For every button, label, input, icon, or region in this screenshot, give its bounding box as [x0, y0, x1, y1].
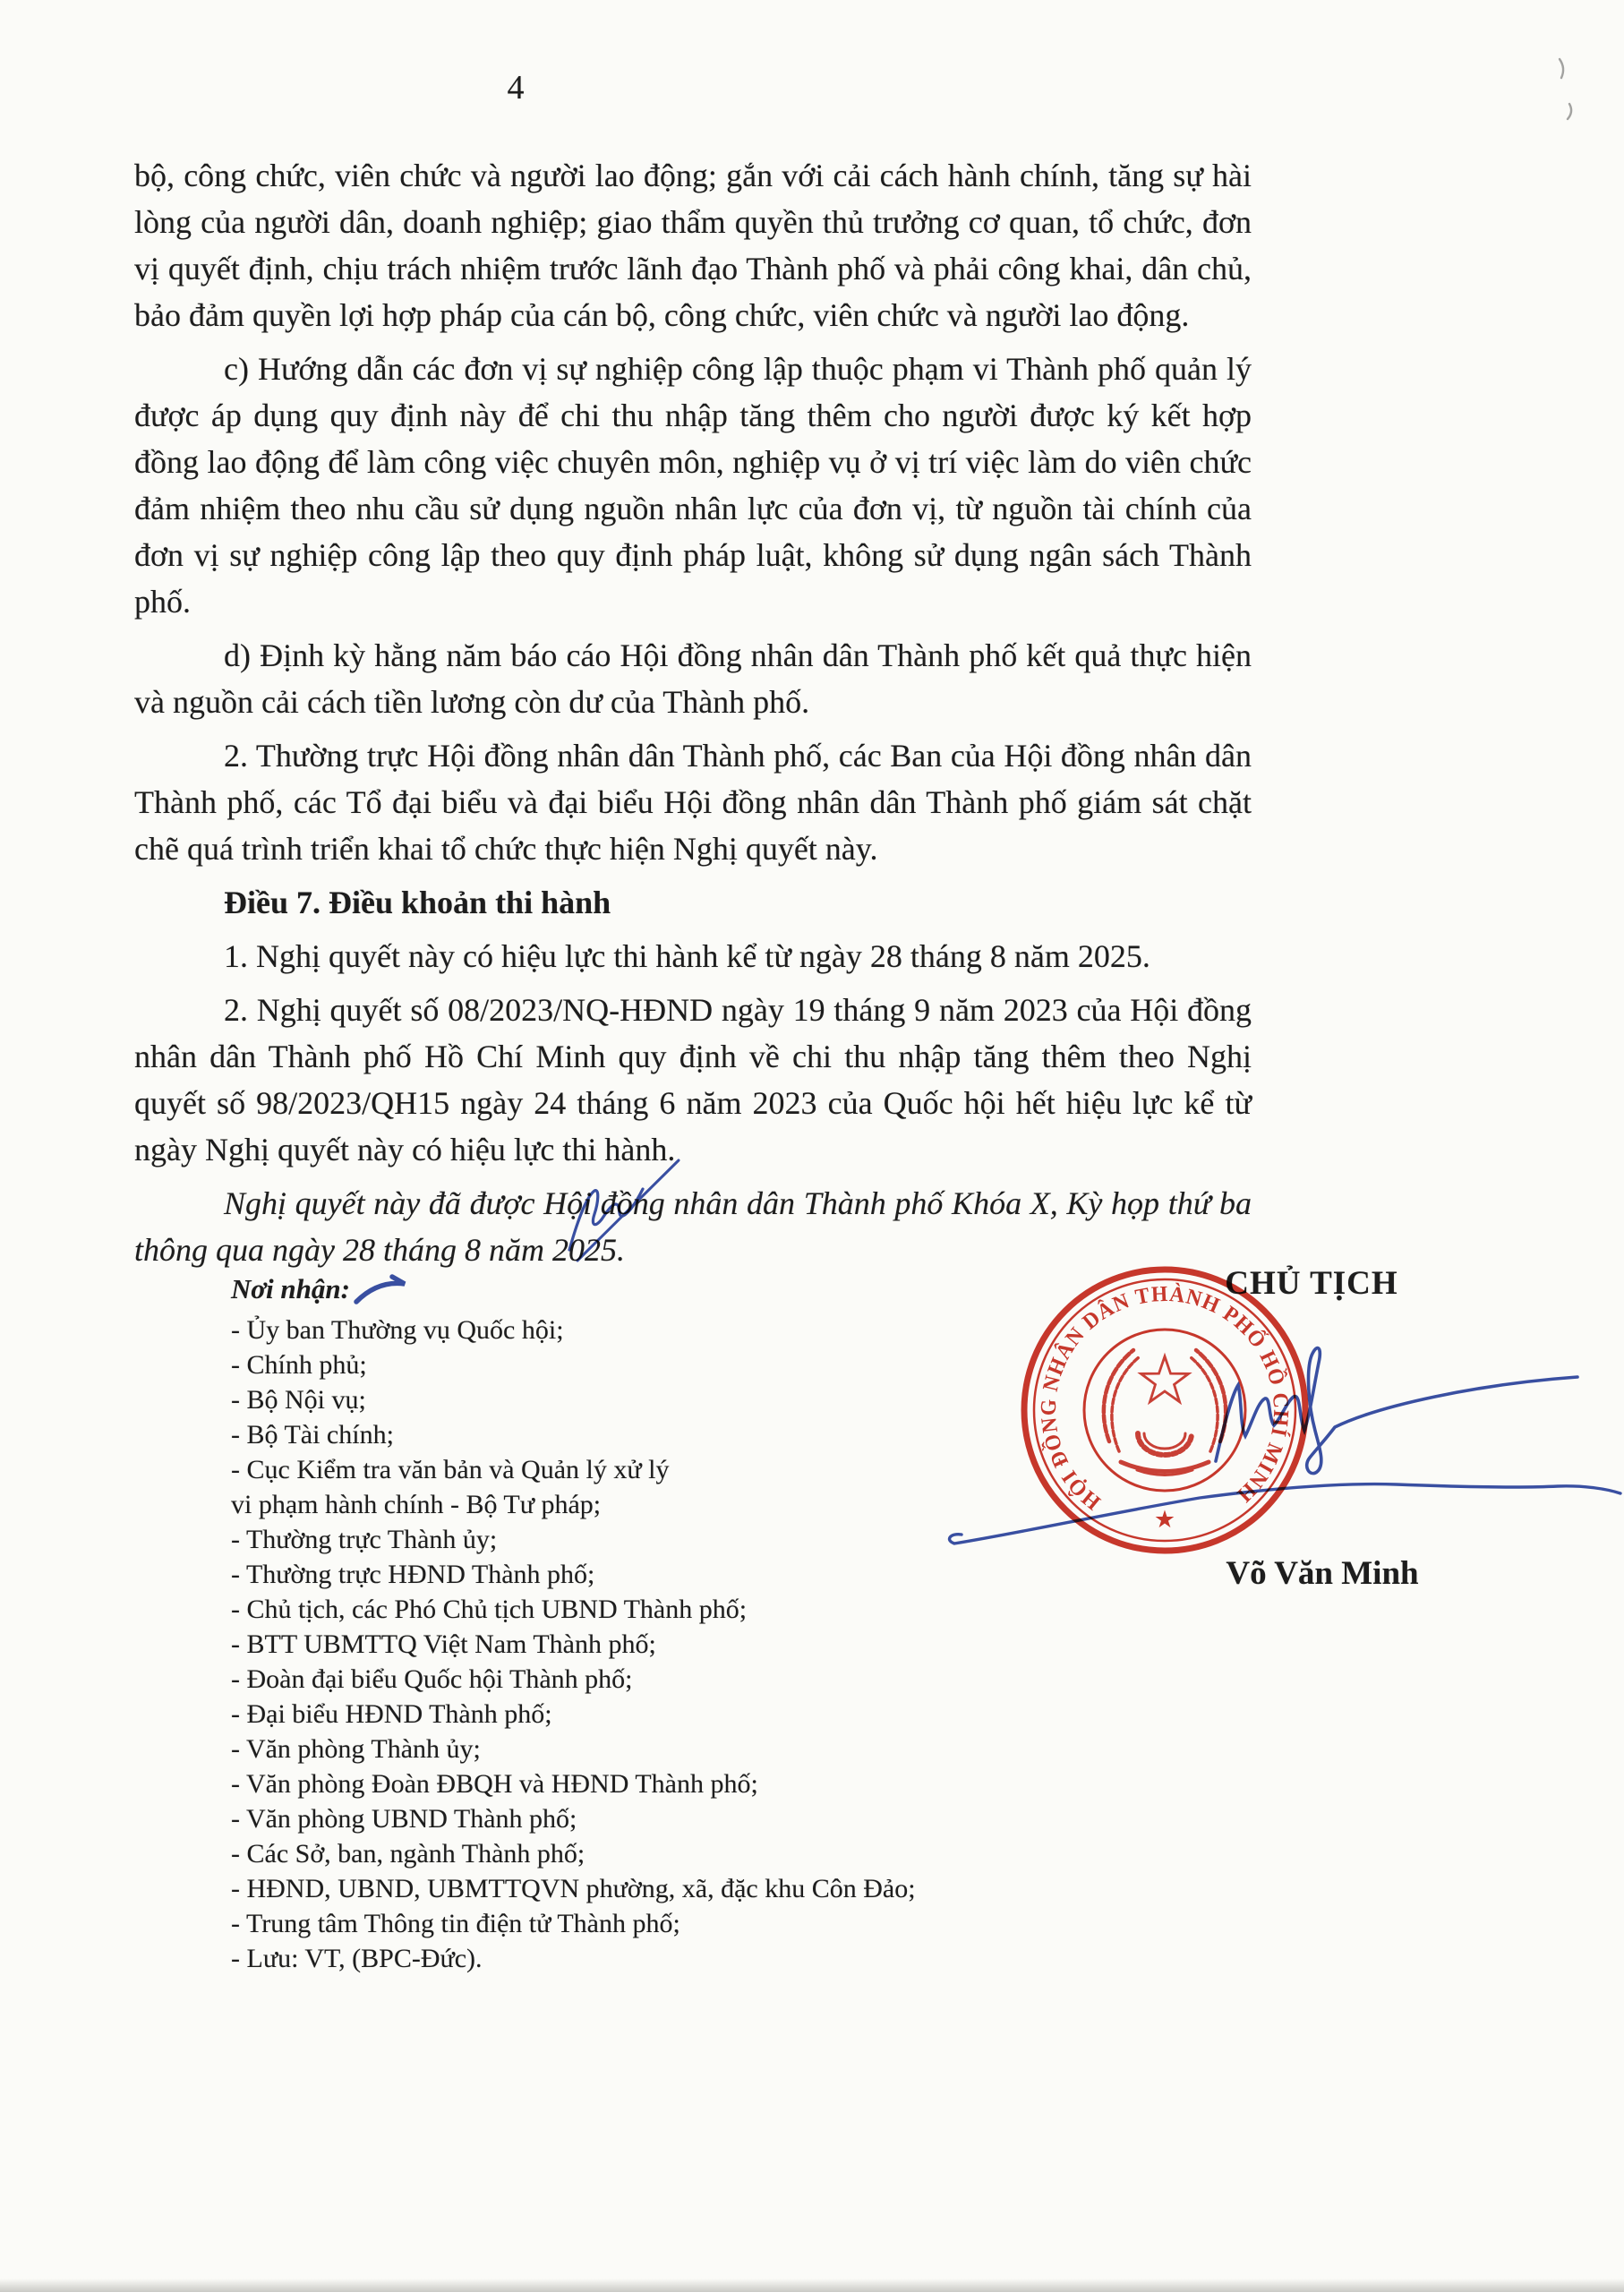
recipient-item: - Chủ tịch, các Phó Chủ tịch UBND Thành …: [231, 1592, 1037, 1627]
recipient-item: - Trung tâm Thông tin điện tử Thành phố;: [231, 1906, 1037, 1941]
paragraph-2: 2. Thường trực Hội đồng nhân dân Thành p…: [134, 732, 1252, 872]
recipient-item: - Bộ Nội vụ;: [231, 1382, 1037, 1417]
paragraph-7-1: 1. Nghị quyết này có hiệu lực thi hành k…: [134, 933, 1252, 979]
recipient-item: - HĐND, UBND, UBMTTQVN phường, xã, đặc k…: [231, 1871, 1037, 1906]
paragraph-c: c) Hướng dẫn các đơn vị sự nghiệp công l…: [134, 346, 1252, 625]
recipient-item: - Các Sở, ban, ngành Thành phố;: [231, 1836, 1037, 1871]
recipient-item: - Bộ Tài chính;: [231, 1417, 1037, 1452]
pencil-mark: [1568, 104, 1571, 119]
recipients-block: Nơi nhận: - Ủy ban Thường vụ Quốc hội; -…: [231, 1271, 1037, 1976]
paragraph-d: d) Định kỳ hằng năm báo cáo Hội đồng nhâ…: [134, 632, 1252, 725]
recipient-item: - Thường trực Thành ủy;: [231, 1522, 1037, 1557]
article-7-heading: Điều 7. Điều khoản thi hành: [134, 879, 1252, 926]
recipient-item: - Đại biểu HĐND Thành phố;: [231, 1697, 1037, 1732]
recipient-item-wrap: vi phạm hành chính - Bộ Tư pháp;: [231, 1487, 1037, 1522]
official-seal: HỘI ĐỒNG NHÂN DÂN THÀNH PHỐ HỒ CHÍ MINH …: [1004, 1249, 1326, 1571]
recipient-item: - Chính phủ;: [231, 1347, 1037, 1382]
paragraph-continuation: bộ, công chức, viên chức và người lao độ…: [134, 152, 1252, 338]
pencil-marks-top-right: [1560, 59, 1571, 119]
recipient-item: - Văn phòng Đoàn ĐBQH và HĐND Thành phố;: [231, 1766, 1037, 1801]
pencil-mark: [1560, 59, 1563, 78]
recipient-item: - BTT UBMTTQ Việt Nam Thành phố;: [231, 1627, 1037, 1662]
recipient-item: - Văn phòng Thành ủy;: [231, 1732, 1037, 1766]
recipient-item: - Lưu: VT, (BPC-Đức).: [231, 1941, 1037, 1976]
document-page: 4 bộ, công chức, viên chức và người lao …: [0, 0, 1624, 2292]
national-emblem: [1104, 1350, 1226, 1475]
scan-edge-shadow: [0, 2279, 1624, 2292]
recipient-item: - Cục Kiểm tra văn bản và Quản lý xử lý: [231, 1452, 1037, 1487]
page-number: 4: [480, 68, 551, 107]
recipients-label: Nơi nhận:: [231, 1271, 1037, 1306]
recipient-item: - Văn phòng UBND Thành phố;: [231, 1801, 1037, 1836]
recipient-item: - Đoàn đại biểu Quốc hội Thành phố;: [231, 1662, 1037, 1697]
paragraph-7-2: 2. Nghị quyết số 08/2023/NQ-HĐND ngày 19…: [134, 987, 1252, 1173]
document-body: bộ, công chức, viên chức và người lao độ…: [134, 152, 1252, 1280]
recipient-item: - Thường trực HĐND Thành phố;: [231, 1557, 1037, 1592]
seal-star: ★: [1154, 1506, 1175, 1534]
recipient-item: - Ủy ban Thường vụ Quốc hội;: [231, 1313, 1037, 1347]
